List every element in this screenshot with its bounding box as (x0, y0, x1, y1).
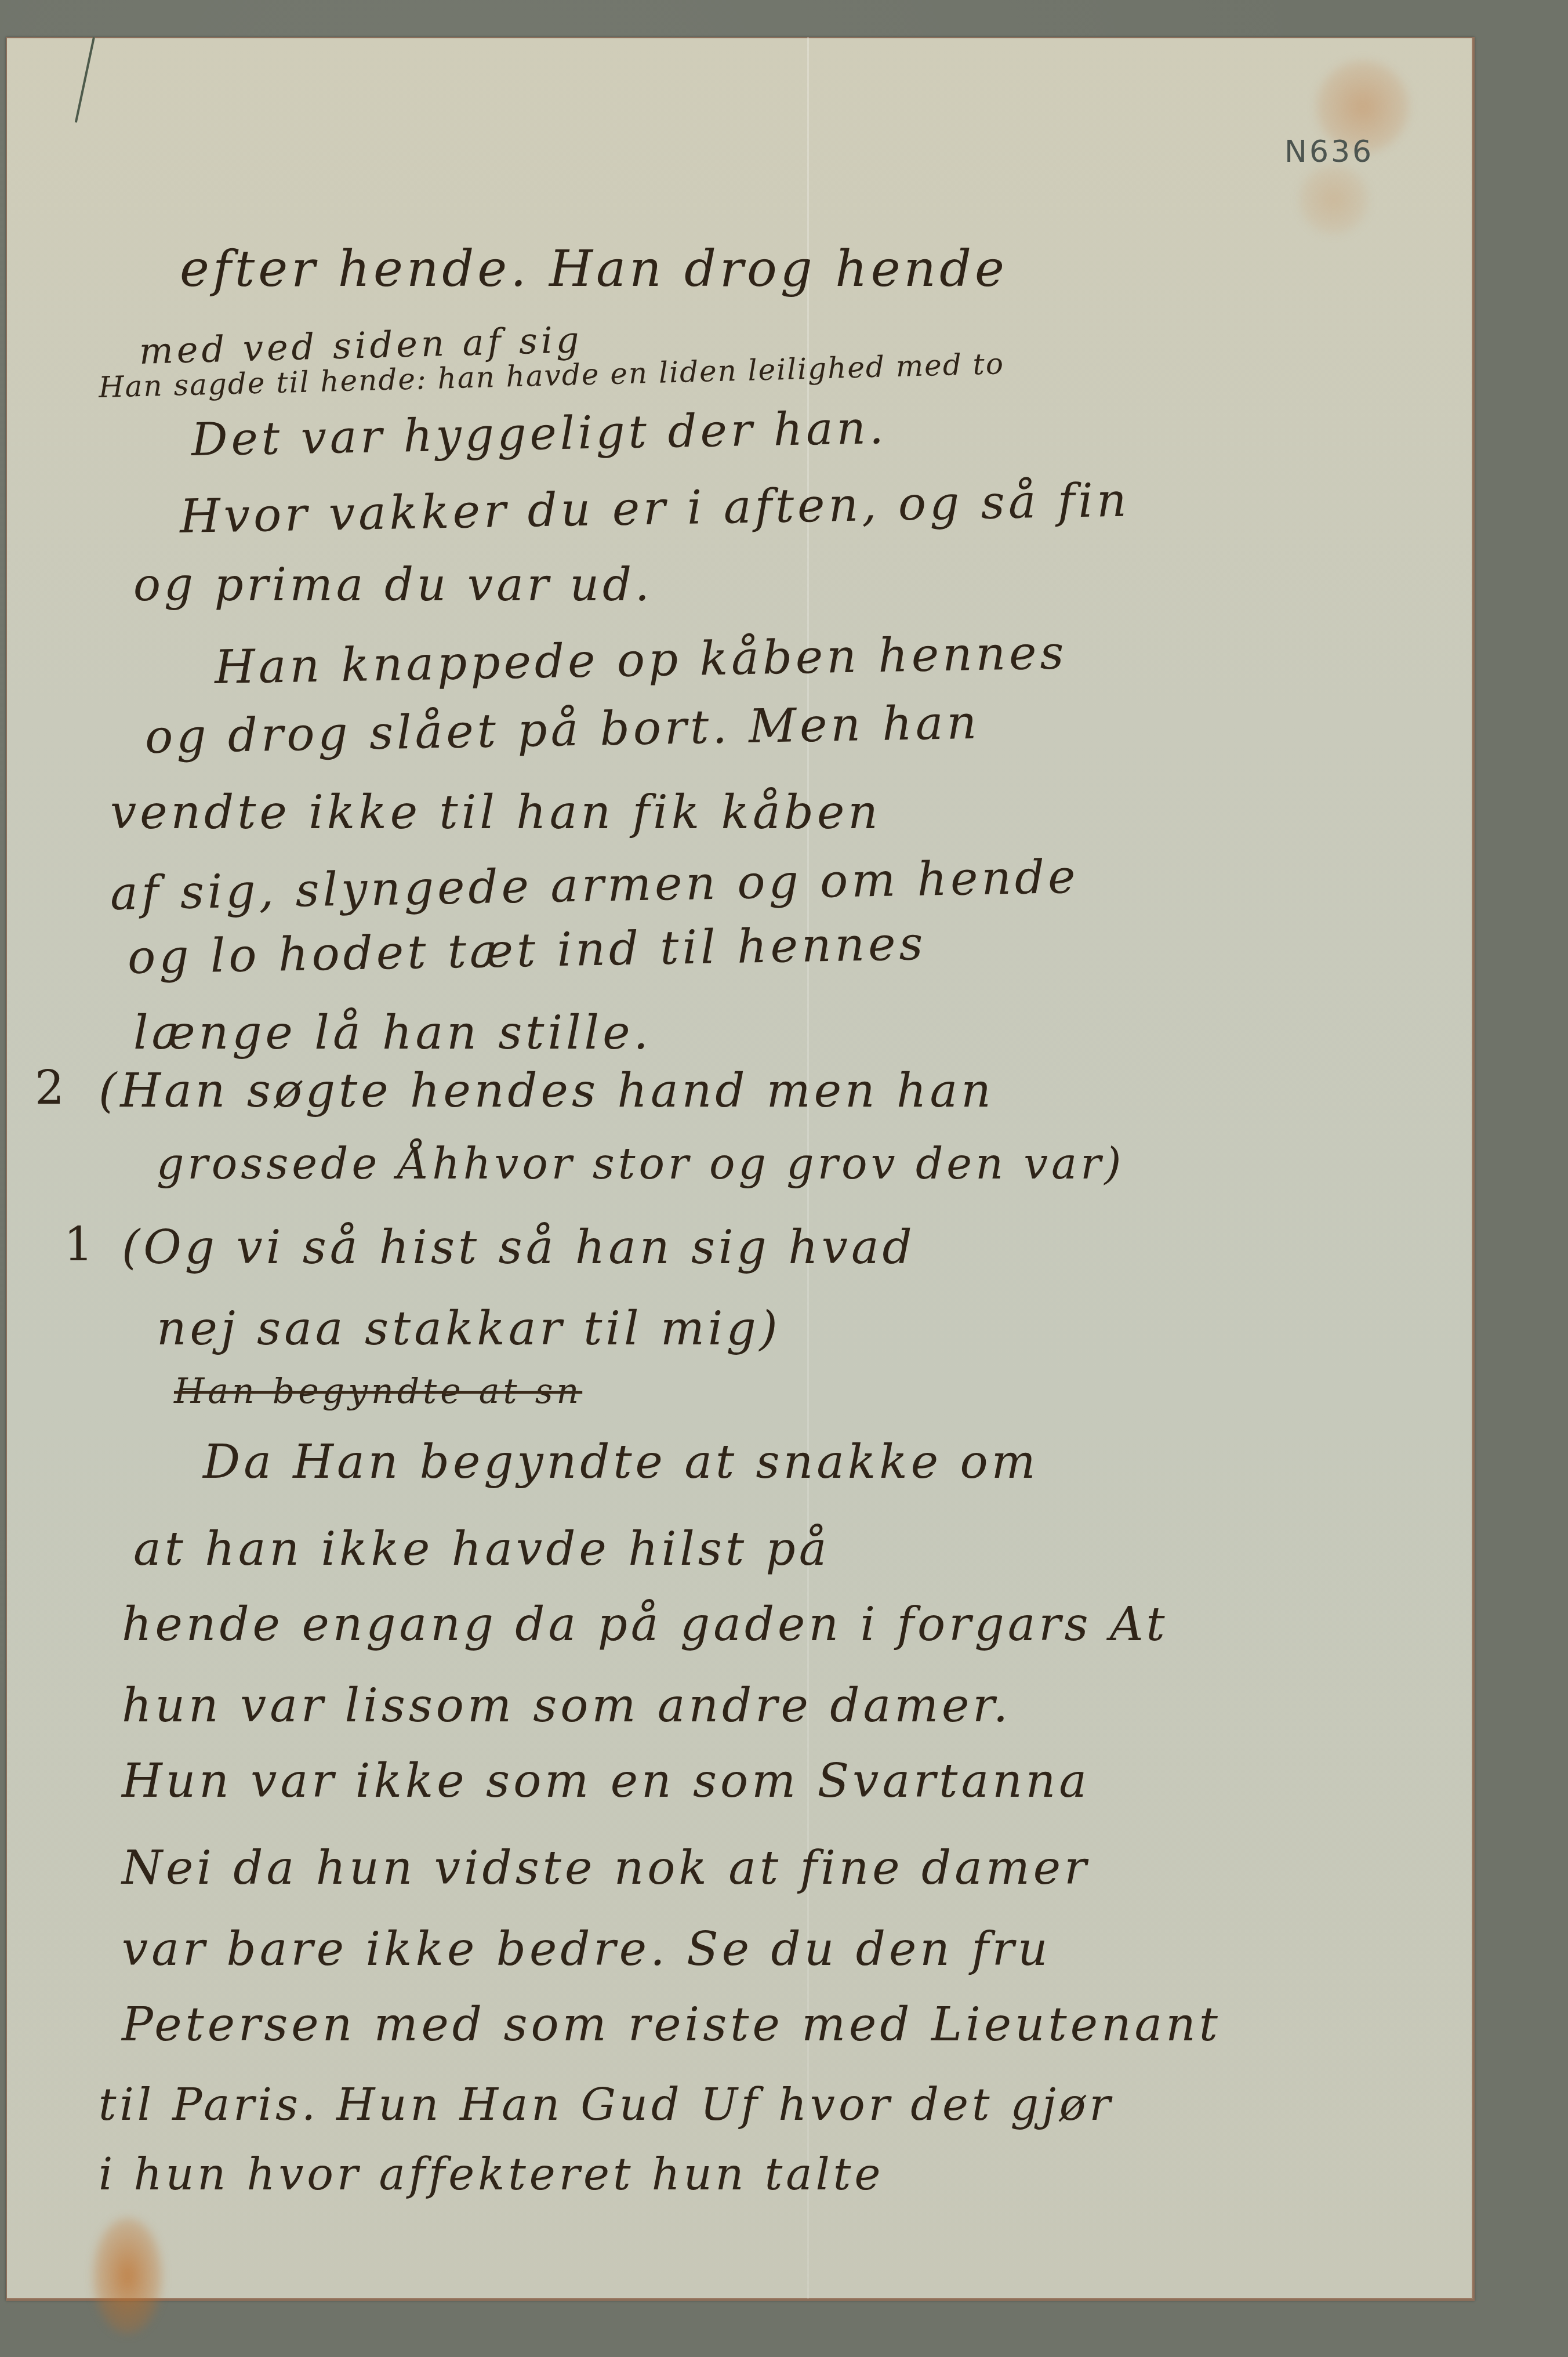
manuscript-page: N636 efter hende. Han drog hende med ved… (6, 37, 1475, 2301)
shelfmark: N636 (1284, 135, 1374, 169)
text-line: hun var lissom som andre damer. (122, 1678, 1011, 1732)
foxing-stain (1299, 165, 1369, 234)
text-line: og drog slået på bort. Men han (144, 695, 981, 764)
text-line: efter hende. Han drog hende (180, 240, 1008, 298)
text-line: Nei da hun vidste nok at fine damer (122, 1841, 1090, 1895)
text-line: Hvor vakker du er i aften, og så fin (179, 473, 1130, 543)
text-line: Det var hyggeligt der han. (191, 402, 887, 466)
text-line: at han ikke havde hilst på (133, 1522, 830, 1576)
text-line: (Og vi så hist så han sig hvad (122, 1220, 916, 1274)
text-line: Da Han begyndte at snakke om (203, 1435, 1039, 1489)
text-line: var bare ikke bedre. Se du den fru (122, 1922, 1051, 1976)
text-line: til Paris. Hun Han Gud Uf hvor det gjør (99, 2079, 1114, 2130)
text-line: (Han søgte hendes hand men han (99, 1064, 994, 1118)
text-line: længe lå han stille. (133, 1006, 652, 1060)
struck-text: Han begyndte at sn (174, 1371, 582, 1412)
text-line: hende engang da på gaden i forgars At (122, 1597, 1168, 1651)
text-line: vendte ikke til han fik kåben (110, 785, 881, 839)
text-line-struck: Han begyndte at sn (174, 1371, 582, 1412)
text-line: og prima du var ud. (133, 559, 653, 611)
text-line: nej saa stakkar til mig) (157, 1301, 781, 1355)
text-line: Petersen med som reiste med Lieutenant (122, 1997, 1221, 2051)
rust-stain (93, 2218, 162, 2334)
margin-number: 1 (64, 1217, 93, 1271)
text-line: af sig, slyngede armen og om hende (110, 850, 1079, 920)
paper-tear (75, 37, 95, 123)
text-line: grossede Åhhvor stor og grov den var) (157, 1139, 1124, 1189)
text-line: Hun var ikke som en som Svartanna (122, 1754, 1090, 1808)
margin-number: 2 (35, 1061, 64, 1115)
text-line: Han knappede op kåben hennes (214, 625, 1068, 694)
text-line: i hun hvor affekteret hun talte (99, 2148, 884, 2200)
